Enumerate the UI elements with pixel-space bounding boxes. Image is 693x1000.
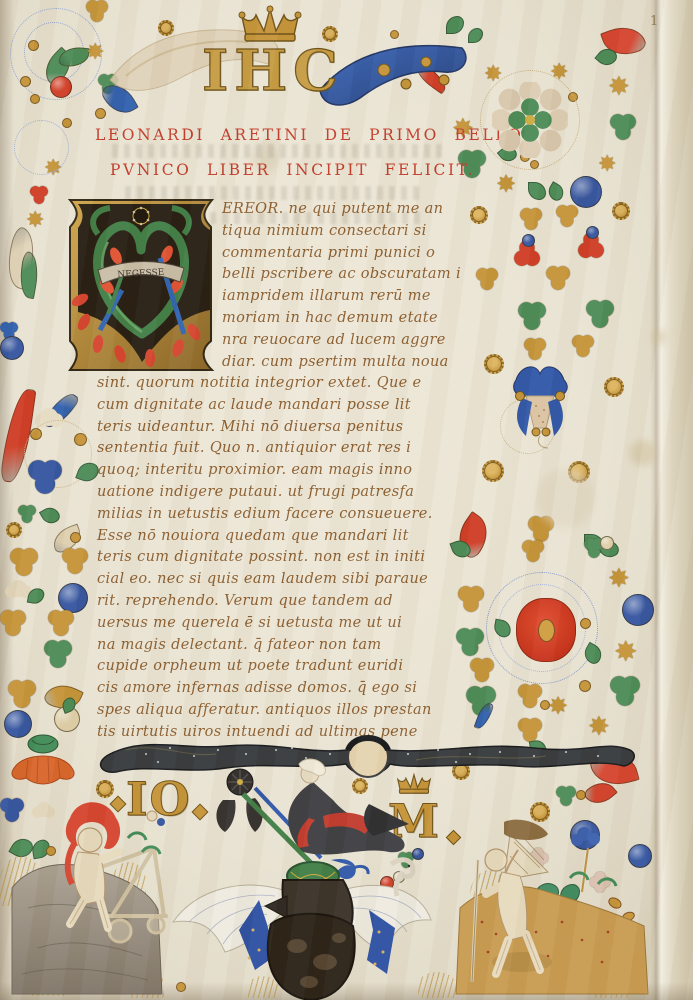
text-column-beside-initial: EREOR. ne qui putent me an tiqua nimium … <box>222 199 468 373</box>
folio-number: 1 <box>650 14 658 29</box>
rubric-line-2: PVNICO LIBER INCIPIT FELICIT. <box>110 161 475 179</box>
trefoil-ornament <box>10 548 38 576</box>
dot-ornament <box>579 680 591 692</box>
trefoil-ornament <box>30 186 48 204</box>
text-line: iampridem illarum rerū me <box>222 286 468 308</box>
hook-ornament <box>39 504 62 527</box>
trefoil-ornament <box>546 266 570 290</box>
berry-ornament <box>0 336 24 360</box>
dot-ornament <box>28 40 39 51</box>
dot-ornament <box>20 76 31 87</box>
berry-ornament <box>622 594 654 626</box>
trefoil-ornament <box>470 658 494 682</box>
star-ornament: ✸ <box>614 638 637 666</box>
trefoil-ornament <box>48 610 74 636</box>
ihc-monogram: IHC <box>202 38 344 104</box>
sun-ornament <box>604 377 624 397</box>
puff-ornament <box>10 580 27 597</box>
text-line: tiqua nimium consectari si <box>222 221 468 243</box>
star-ornament: ✸ <box>608 74 630 100</box>
trefoil-ornament <box>524 338 546 360</box>
text-line: quoq; interitu proximior. eam magis inno <box>97 460 469 482</box>
manuscript-page: ✸✸✸✸✸✸✸✸✸✸✸✸✸ IHC 1 LEONARDI ARETINI DE … <box>0 0 693 1000</box>
text-line: uatione indigere putaui. ut frugi patres… <box>97 482 469 504</box>
berry-ornament <box>50 76 72 98</box>
trefoil-ornament <box>610 114 636 140</box>
text-column-full-width: sint. quorum notitia integrior extet. Qu… <box>97 373 469 744</box>
text-line: na magis delectant. q̄ fateor non tam <box>97 635 469 657</box>
trefoil-ornament <box>518 302 546 330</box>
text-line: sententia fuit. Quo n. antiquior erat re… <box>97 438 469 460</box>
dot-ornament <box>70 532 81 543</box>
sun-ornament <box>530 802 550 822</box>
hook-ornament <box>545 181 567 203</box>
hook-ornament <box>27 587 46 606</box>
trefoil-ornament <box>556 205 578 227</box>
show-through <box>112 144 442 158</box>
stain-ornament <box>536 468 596 528</box>
text-line: cum dignitate ac laude mandari posse lit <box>97 395 469 417</box>
text-line: uersus me querela ē si uetusta me ut ui <box>97 613 469 635</box>
text-line: teris cum dignitate possint. non est in … <box>97 547 469 569</box>
trefoil-ornament <box>610 676 640 706</box>
text-line: diar. cum psertim multa noua <box>222 352 468 374</box>
text-line: moriam in hac demum etate <box>222 308 468 330</box>
text-line: cupide orpheum ut poete tradunt euridi <box>97 656 469 678</box>
left-putto-scene <box>8 788 176 1000</box>
berry-ornament <box>570 176 602 208</box>
stain-ornament <box>652 330 666 344</box>
star-ornament: ✸ <box>548 694 568 718</box>
dot-ornament <box>30 94 40 104</box>
star-ornament: ✸ <box>608 566 630 592</box>
text-line: cial eo. nec si quis eam laudem sibi par… <box>97 569 469 591</box>
heraldic-crest <box>163 760 437 1000</box>
trefoil-ornament <box>28 460 62 494</box>
dot-ornament <box>62 118 72 128</box>
sun-ornament <box>470 206 488 224</box>
text-line: rit. reprehendo. Verum que tandem ad <box>97 591 469 613</box>
text-line: EREOR. ne qui putent me an <box>222 199 468 221</box>
trefoil-ornament <box>44 640 72 668</box>
page-right-edge <box>650 0 693 1000</box>
trefoil-ornament <box>18 505 36 523</box>
trefoil-ornament <box>8 680 36 708</box>
hook-ornament <box>446 16 464 34</box>
text-line: commentaria primi punici o <box>222 243 468 265</box>
berry-ornament <box>586 226 599 239</box>
trefoil-ornament <box>520 208 542 230</box>
petal-rosette <box>492 82 568 158</box>
berry-ornament <box>522 234 535 247</box>
berry-ornament <box>600 536 614 550</box>
trefoil-ornament <box>522 540 544 562</box>
hook-ornament <box>528 182 546 200</box>
star-ornament: ✸ <box>598 154 616 176</box>
text-line: cis amore infernas adisse domos. q̄ ego … <box>97 678 469 700</box>
trefoil-ornament <box>476 268 498 290</box>
dot-ornament <box>580 618 591 629</box>
text-line: sint. quorum notitia integrior extet. Qu… <box>97 373 469 395</box>
text-line: milias in uetustis edium facere consueue… <box>97 504 469 526</box>
rubric-line-1: LEONARDI ARETINI DE PRIMO BELLO <box>95 126 523 144</box>
blue-bellflower <box>506 362 574 450</box>
sun-ornament <box>6 522 22 538</box>
trefoil-ornament <box>0 610 26 636</box>
sun-ornament <box>484 354 504 374</box>
star-ornament: ✸ <box>496 172 516 196</box>
sun-ornament <box>612 202 630 220</box>
right-putto-scene <box>452 822 656 1000</box>
orange-bellflower <box>4 732 82 794</box>
trefoil-ornament <box>62 548 88 574</box>
trefoil-ornament <box>572 335 594 357</box>
text-line: teris uideantur. Mihi nō diuersa penitus <box>97 417 469 439</box>
sun-ornament <box>482 460 504 482</box>
decorated-initial-V: NEGESSE <box>64 194 218 376</box>
berry-ornament <box>58 583 88 613</box>
text-line: belli pscribere ac obscuratam i <box>222 264 468 286</box>
stain-ornament <box>630 440 656 466</box>
text-line: nra reuocare ad lucem aggre <box>222 330 468 352</box>
trefoil-ornament <box>518 684 542 708</box>
ring-ornament <box>14 120 69 175</box>
text-line: Esse nō nouiora quedam que mandari lit <box>97 526 469 548</box>
trefoil-ornament <box>586 300 614 328</box>
text-line: spes aliqua afferatur. antiquos illos pr… <box>97 700 469 722</box>
star-ornament: ✸ <box>26 210 44 232</box>
red-disc-flower <box>516 598 576 662</box>
